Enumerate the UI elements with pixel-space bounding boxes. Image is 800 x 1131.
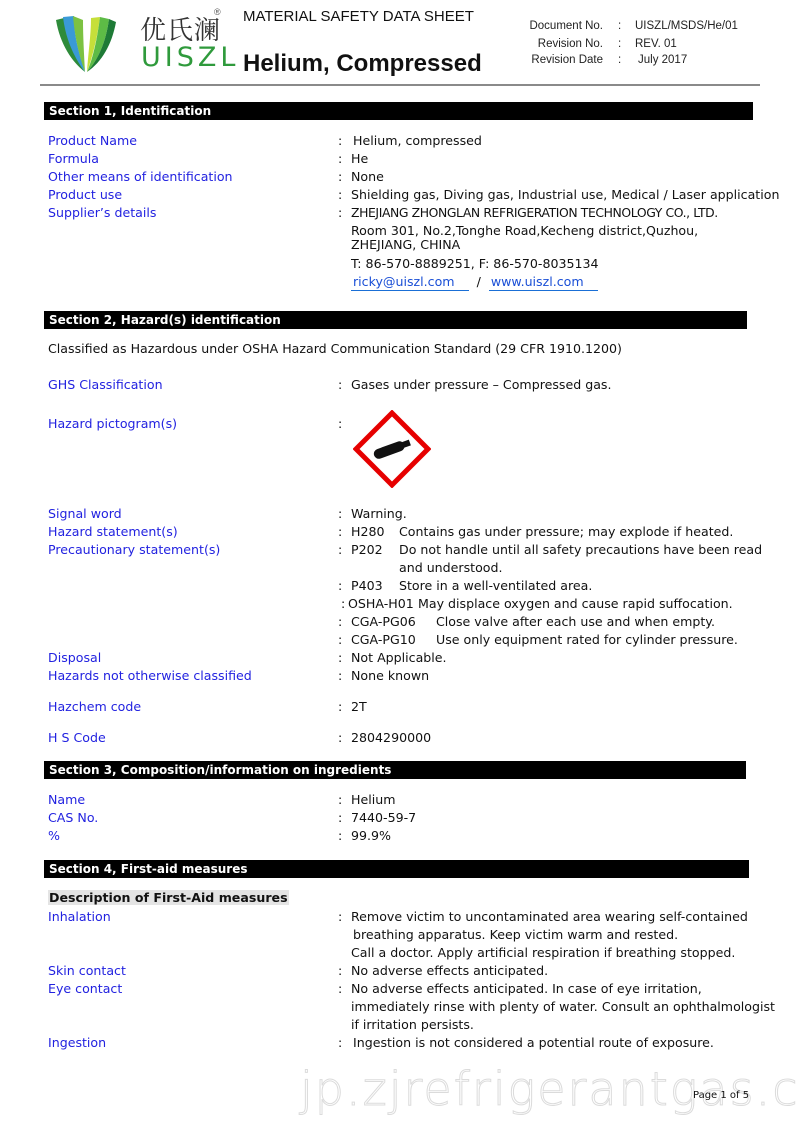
precaution-text-cga-pg10: Use only equipment rated for cylinder pr…	[436, 632, 738, 647]
colon: :	[338, 699, 342, 714]
colon: :	[338, 524, 342, 539]
colon: :	[338, 650, 342, 665]
eye-contact-label: Eye contact	[48, 981, 122, 996]
inhalation-line-1: Remove victim to uncontaminated area wea…	[351, 909, 748, 924]
precaution-code-p403: P403	[351, 578, 383, 593]
first-aid-subheading: Description of First-Aid measures	[48, 890, 289, 905]
ghs-classification-label: GHS Classification	[48, 377, 163, 392]
meta-colon: :	[618, 20, 621, 32]
watermark-text: jp.zjrefrigerantgas.com	[300, 1062, 800, 1116]
company-logo-icon	[50, 14, 122, 74]
supplier-details-label: Supplier’s details	[48, 205, 156, 220]
colon: :	[341, 596, 345, 611]
other-identification-value: None	[351, 169, 384, 184]
document-no-value: UISZL/MSDS/He/01	[635, 20, 738, 32]
signal-word-label: Signal word	[48, 506, 122, 521]
supplier-email-link[interactable]: ricky@uiszl.com	[351, 274, 469, 291]
document-no-label: Document No.	[503, 20, 603, 32]
colon: :	[338, 578, 342, 593]
colon: :	[338, 1035, 342, 1050]
ingredient-name-label: Name	[48, 792, 85, 807]
revision-date-label: Revision Date	[503, 54, 603, 66]
inhalation-line-3: Call a doctor. Apply artificial respirat…	[351, 945, 735, 960]
eye-contact-line-1: No adverse effects anticipated. In case …	[351, 981, 702, 996]
colon: :	[338, 981, 342, 996]
precautionary-statement-label: Precautionary statement(s)	[48, 542, 220, 557]
colon: :	[338, 810, 342, 825]
logo-english-text: UISZL	[141, 42, 239, 73]
eye-contact-line-3: if irritation persists.	[351, 1017, 474, 1032]
revision-date-value: July 2017	[638, 54, 687, 66]
colon: :	[338, 416, 342, 431]
colon: :	[338, 205, 342, 220]
section-2-heading: Section 2, Hazard(s) identification	[44, 311, 747, 329]
colon: :	[338, 377, 342, 392]
colon: :	[338, 151, 342, 166]
precaution-text-cga-pg06: Close valve after each use and when empt…	[436, 614, 715, 629]
supplier-address-line1: Room 301, No.2,Tonghe Road,Kecheng distr…	[351, 223, 698, 238]
colon: :	[338, 542, 342, 557]
osha-classification-text: Classified as Hazardous under OSHA Hazar…	[48, 341, 622, 356]
inhalation-line-2: breathing apparatus. Keep victim warm an…	[353, 927, 678, 942]
supplier-phone: T: 86-570-8889251, F: 86-570-8035134	[351, 256, 599, 271]
gas-cylinder-pictogram-icon	[353, 410, 431, 488]
ingestion-label: Ingestion	[48, 1035, 106, 1050]
hnoc-label: Hazards not otherwise classified	[48, 668, 252, 683]
disposal-value: Not Applicable.	[351, 650, 447, 665]
product-use-value: Shielding gas, Diving gas, Industrial us…	[351, 187, 779, 202]
precaution-code-cga-pg06: CGA-PG06	[351, 614, 416, 629]
skin-contact-value: No adverse effects anticipated.	[351, 963, 548, 978]
product-name-value: Helium, compressed	[353, 133, 482, 148]
product-use-label: Product use	[48, 187, 122, 202]
hazchem-code-label: Hazchem code	[48, 699, 141, 714]
precaution-code-cga-pg10: CGA-PG10	[351, 632, 416, 647]
colon: :	[338, 614, 342, 629]
header-divider	[40, 84, 760, 86]
supplier-address-line2: ZHEJIANG, CHINA	[351, 237, 460, 252]
percent-value: 99.9%	[351, 828, 391, 843]
ingestion-value: Ingestion is not considered a potential …	[353, 1035, 714, 1050]
section-1-heading: Section 1, Identification	[44, 102, 753, 120]
colon: :	[338, 792, 342, 807]
product-name-label: Product Name	[48, 133, 137, 148]
cas-no-label: CAS No.	[48, 810, 98, 825]
precaution-text-p202: Do not handle until all safety precautio…	[399, 542, 762, 557]
signal-word-value: Warning.	[351, 506, 407, 521]
colon: :	[338, 506, 342, 521]
cas-no-value: 7440-59-7	[351, 810, 416, 825]
colon: :	[338, 909, 342, 924]
revision-no-label: Revision No.	[503, 38, 603, 50]
colon: :	[338, 133, 342, 148]
precaution-code-p202: P202	[351, 542, 383, 557]
supplier-website-link[interactable]: www.uiszl.com	[489, 274, 598, 291]
eye-contact-line-2: immediately rinse with plenty of water. …	[351, 999, 775, 1014]
hs-code-value: 2804290000	[351, 730, 431, 745]
hazard-pictogram-label: Hazard pictogram(s)	[48, 416, 177, 431]
precaution-text-osha-h01: May displace oxygen and cause rapid suff…	[418, 596, 733, 611]
formula-label: Formula	[48, 151, 99, 166]
ingredient-name-value: Helium	[351, 792, 395, 807]
colon: :	[338, 668, 342, 683]
disposal-label: Disposal	[48, 650, 101, 665]
colon: :	[338, 187, 342, 202]
other-identification-label: Other means of identification	[48, 169, 233, 184]
skin-contact-label: Skin contact	[48, 963, 126, 978]
page-title: Helium, Compressed	[243, 50, 482, 78]
colon: :	[338, 632, 342, 647]
supplier-name: ZHEJIANG ZHONGLAN REFRIGERATION TECHNOLO…	[351, 205, 718, 220]
hazard-statement-code: H280	[351, 524, 385, 539]
section-4-heading: Section 4, First-aid measures	[44, 860, 749, 878]
hazard-statement-label: Hazard statement(s)	[48, 524, 178, 539]
hs-code-label: H S Code	[48, 730, 106, 745]
page-number: Page 1 of 5	[693, 1090, 749, 1101]
revision-no-value: REV. 01	[635, 38, 677, 50]
meta-colon: :	[618, 54, 621, 66]
meta-colon: :	[618, 38, 621, 50]
colon: :	[338, 169, 342, 184]
formula-value: He	[351, 151, 368, 166]
hazchem-code-value: 2T	[351, 699, 367, 714]
precaution-code-osha-h01: OSHA-H01	[348, 596, 414, 611]
hnoc-value: None known	[351, 668, 429, 683]
colon: :	[338, 828, 342, 843]
inhalation-label: Inhalation	[48, 909, 111, 924]
ghs-classification-value: Gases under pressure – Compressed gas.	[351, 377, 612, 392]
registered-mark: ®	[214, 7, 221, 17]
precaution-text-p202-cont: and understood.	[399, 560, 503, 575]
document-type: MATERIAL SAFETY DATA SHEET	[243, 8, 474, 25]
link-separator: /	[473, 274, 485, 289]
percent-label: %	[48, 828, 60, 843]
precaution-text-p403: Store in a well-ventilated area.	[399, 578, 592, 593]
hazard-statement-text: Contains gas under pressure; may explode…	[399, 524, 733, 539]
colon: :	[338, 730, 342, 745]
section-3-heading: Section 3, Composition/information on in…	[44, 761, 746, 779]
colon: :	[338, 963, 342, 978]
